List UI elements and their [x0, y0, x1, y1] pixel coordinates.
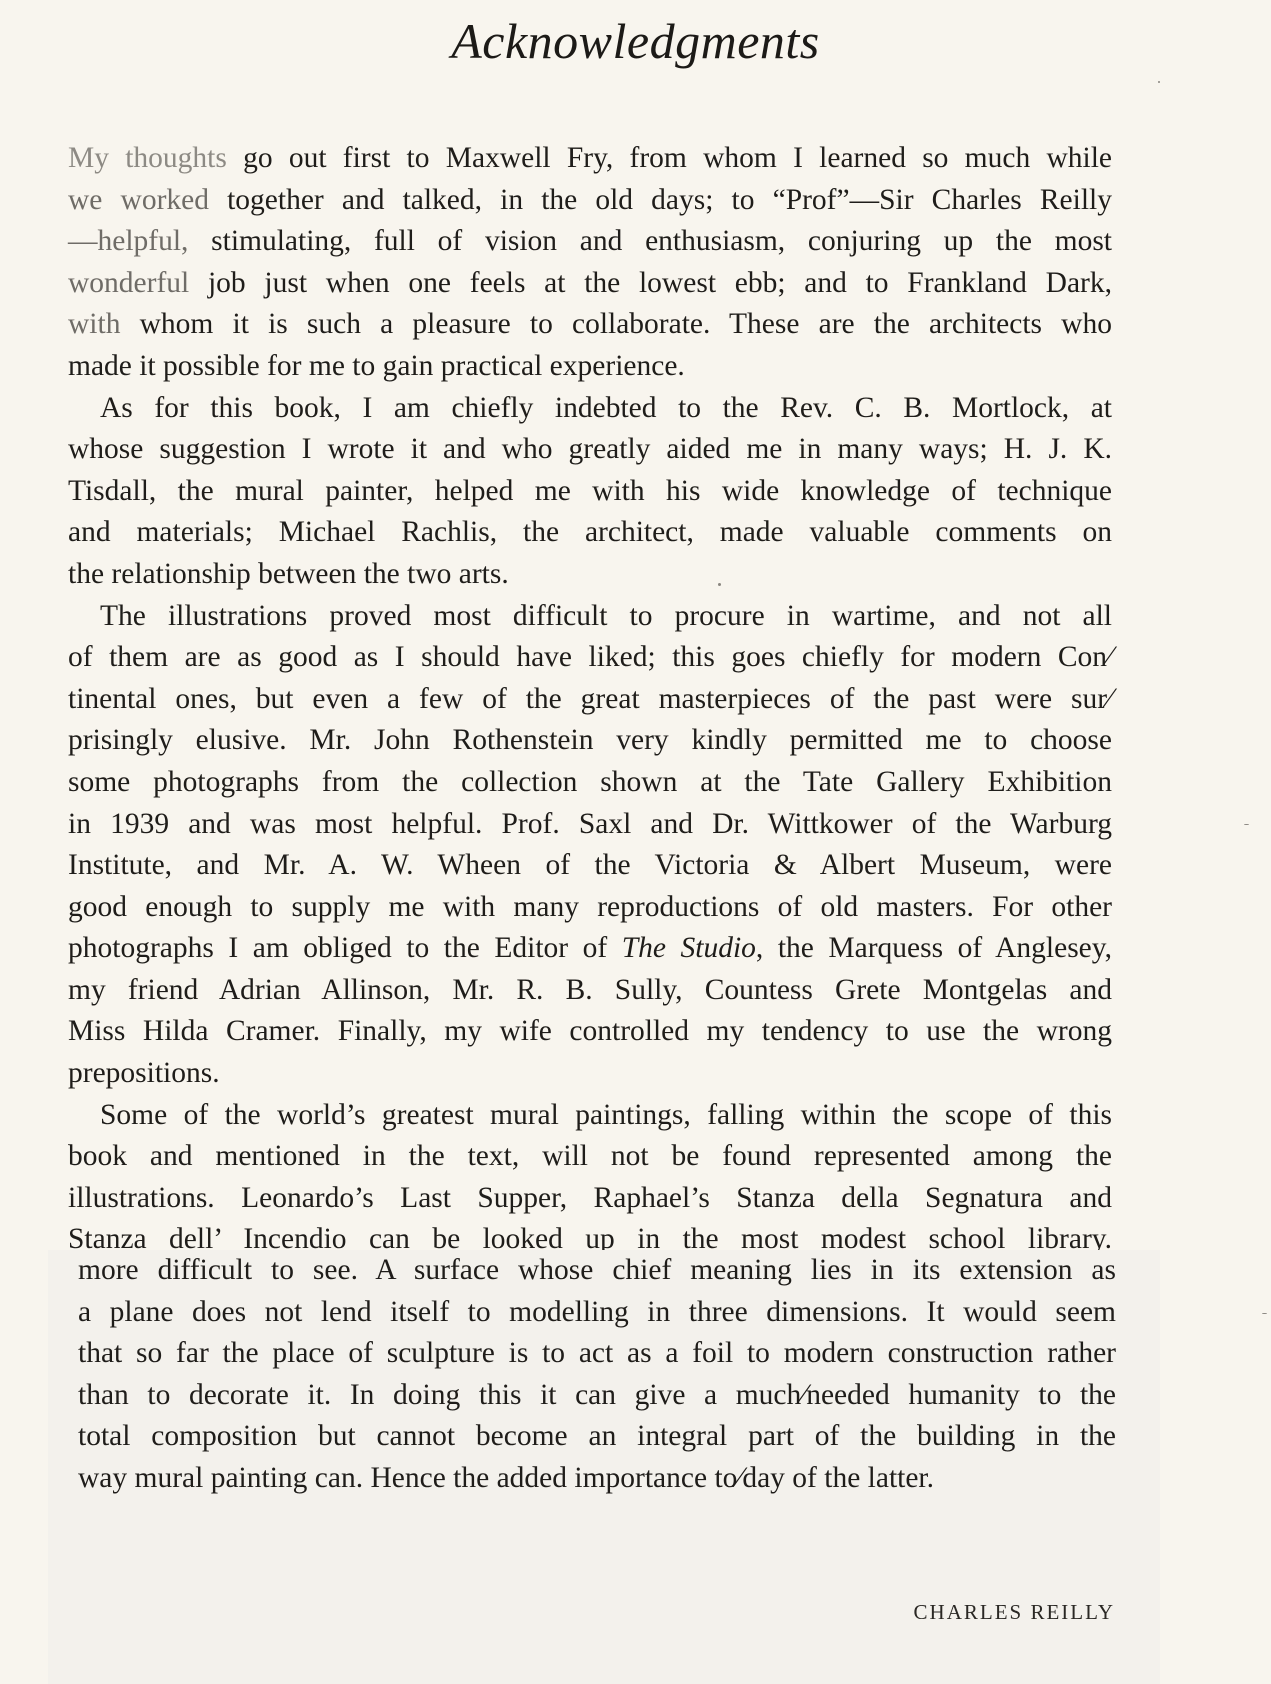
text-line: tinental ones, but even a few of the gre…: [68, 679, 1112, 721]
text-line: my friend Adrian Allinson, Mr. R. B. Sul…: [68, 970, 1112, 1012]
text-line: whose suggestion I wrote it and who grea…: [68, 429, 1112, 471]
text-line: way mural painting can. Hence the added …: [78, 1458, 1116, 1500]
text-line: some photographs from the collection sho…: [68, 762, 1112, 804]
text-line: As for this book, I am chiefly indebted …: [68, 388, 1112, 430]
text-line: more difficult to see. A surface whose c…: [78, 1250, 1116, 1292]
text-line: that so far the place of sculpture is to…: [78, 1333, 1116, 1375]
text-line: Some of the world’s greatest mural paint…: [68, 1095, 1112, 1137]
text-line: made it possible for me to gain practica…: [68, 346, 1112, 388]
scan-speck: [1244, 824, 1249, 825]
text-line: with whom it is such a pleasure to colla…: [68, 304, 1112, 346]
text-line: total composition but cannot become an i…: [78, 1416, 1116, 1458]
text-line: Institute, and Mr. A. W. Wheen of the Vi…: [68, 845, 1112, 887]
scan-speck: [1158, 81, 1160, 83]
text-line: a plane does not lend itself to modellin…: [78, 1292, 1116, 1334]
pasted-strip-text: more difficult to see. A surface whose c…: [78, 1250, 1116, 1500]
text-line: we worked together and talked, in the ol…: [68, 180, 1112, 222]
text-line: the relationship between the two arts.: [68, 554, 1112, 596]
text-line: —helpful, stimulating, full of vision an…: [68, 221, 1112, 263]
acknowledgments-body: My thoughts go out first to Maxwell Fry,…: [68, 138, 1112, 1344]
text-line: than to decorate it. In doing this it ca…: [78, 1375, 1116, 1417]
text-line: wonderful job just when one feels at the…: [68, 263, 1112, 305]
text-line: prisingly elusive. Mr. John Rothenstein …: [68, 720, 1112, 762]
text-line: illustrations. Leonardo’s Last Supper, R…: [68, 1178, 1112, 1220]
scan-speck: [1262, 1313, 1267, 1314]
text-line: The illustrations proved most difficult …: [68, 596, 1112, 638]
text-line: and materials; Michael Rachlis, the arch…: [68, 512, 1112, 554]
paragraph-3: The illustrations proved most difficult …: [68, 596, 1112, 1095]
book-page: Acknowledgments My thoughts go out first…: [0, 0, 1271, 1684]
text-line: in 1939 and was most helpful. Prof. Saxl…: [68, 804, 1112, 846]
text-line: Miss Hilda Cramer. Finally, my wife cont…: [68, 1011, 1112, 1053]
text-line: prepositions.: [68, 1053, 1112, 1095]
text-line: good enough to supply me with many repro…: [68, 887, 1112, 929]
scan-speck: [718, 583, 721, 586]
text-line: of them are as good as I should have lik…: [68, 637, 1112, 679]
text-line-with-italic: photographs I am obliged to the Editor o…: [68, 928, 1112, 970]
page-title: Acknowledgments: [0, 12, 1271, 70]
paragraph-1: My thoughts go out first to Maxwell Fry,…: [68, 138, 1112, 388]
publication-title: The Studio: [622, 932, 756, 964]
author-signature: CHARLES REILLY: [914, 1600, 1115, 1625]
text-line: My thoughts go out first to Maxwell Fry,…: [68, 138, 1112, 180]
text-line: Tisdall, the mural painter, helped me wi…: [68, 471, 1112, 513]
text-line: book and mentioned in the text, will not…: [68, 1136, 1112, 1178]
paragraph-2: As for this book, I am chiefly indebted …: [68, 388, 1112, 596]
